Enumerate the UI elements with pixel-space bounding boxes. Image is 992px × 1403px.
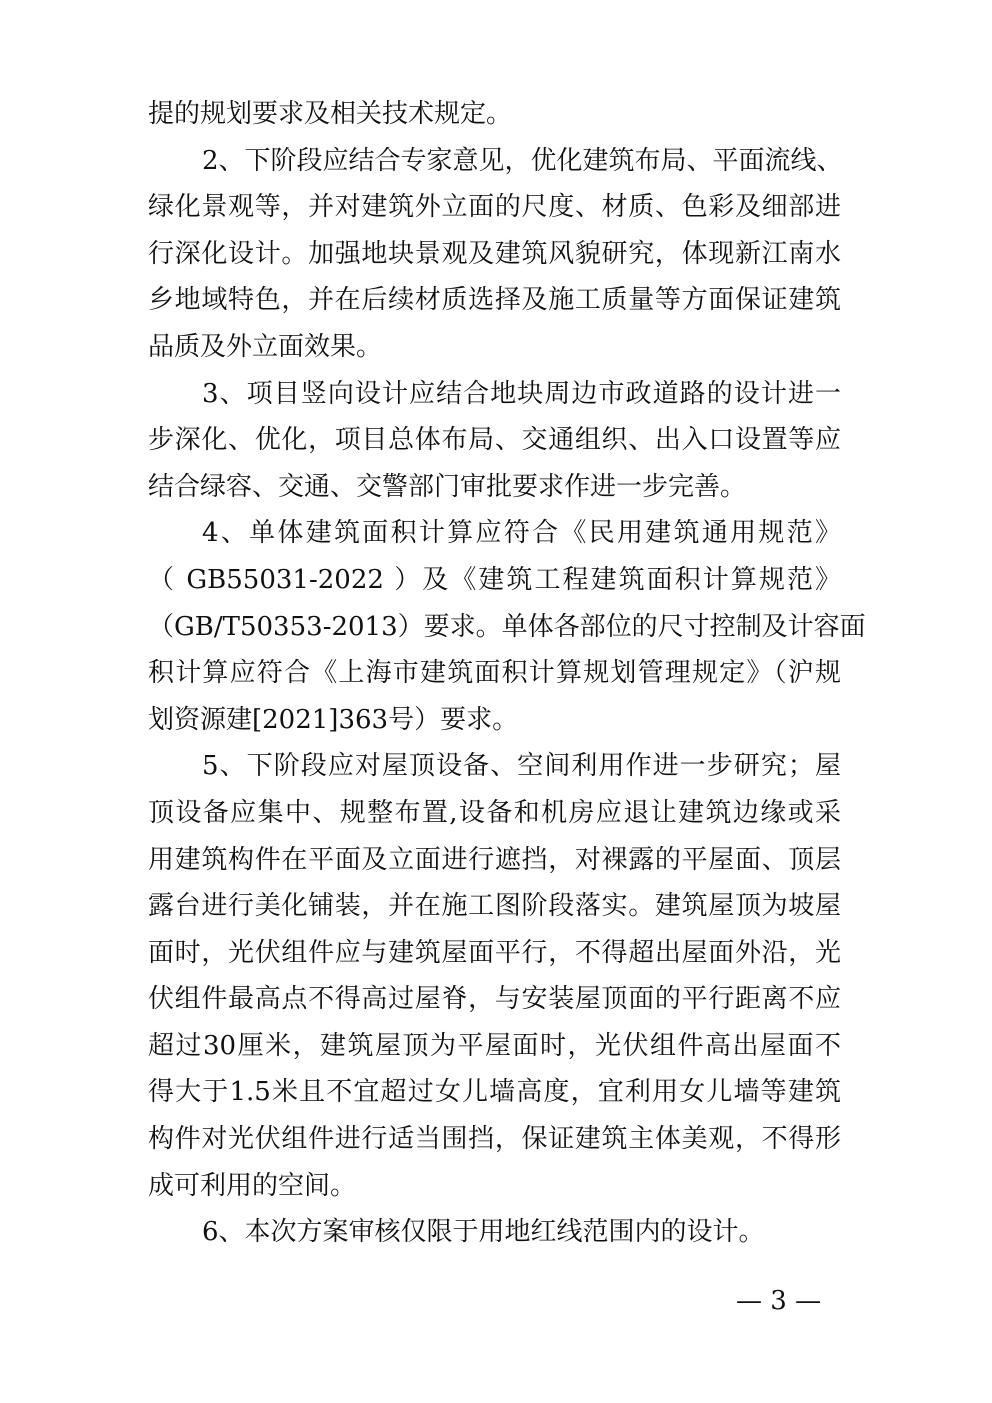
text-line: 伏组件最高点不得高过屋脊，与安装屋顶面的平行距离不应 — [148, 976, 841, 1023]
text-line: 成可利用的空间。 — [148, 1163, 841, 1210]
text-line: 得大于1.5米且不宜超过女儿墙高度，宜利用女儿墙等建筑 — [148, 1069, 841, 1116]
page-number: — 3 — — [736, 1286, 816, 1316]
text-line: 品质及外立面效果。 — [148, 324, 841, 371]
text-line: 顶设备应集中、规整布置,设备和机房应退让建筑边缘或采 — [148, 790, 841, 837]
text-line: 构件对光伏组件进行适当围挡，保证建筑主体美观，不得形 — [148, 1116, 841, 1163]
text-line: 4、单体建筑面积计算应符合《民用建筑通用规范》 — [148, 510, 841, 557]
text-line: 行深化设计。加强地块景观及建筑风貌研究，体现新江南水 — [148, 231, 841, 278]
text-line: 步深化、优化，项目总体布局、交通组织、出入口设置等应 — [148, 417, 841, 464]
paragraph-item-3: 3、项目竖向设计应结合地块周边市政道路的设计进一 步深化、优化，项目总体布局、交… — [148, 371, 841, 511]
text-line: 5、下阶段应对屋顶设备、空间利用作进一步研究；屋 — [148, 743, 841, 790]
paragraph-item-2: 2、下阶段应结合专家意见，优化建筑布局、平面流线、 绿化景观等，并对建筑外立面的… — [148, 138, 841, 371]
text-line: 积计算应符合《上海市建筑面积计算规划管理规定》（沪规 — [148, 650, 841, 697]
text-line: 露台进行美化铺装，并在施工图阶段落实。建筑屋顶为坡屋 — [148, 883, 841, 930]
paragraph-item-5: 5、下阶段应对屋顶设备、空间利用作进一步研究；屋 顶设备应集中、规整布置,设备和… — [148, 743, 841, 1209]
text-line: 超过30厘米，建筑屋顶为平屋面时，光伏组件高出屋面不 — [148, 1023, 841, 1070]
document-body: 提的规划要求及相关技术规定。 2、下阶段应结合专家意见，优化建筑布局、平面流线、… — [148, 91, 841, 1256]
text-line: 提的规划要求及相关技术规定。 — [148, 91, 841, 138]
text-line: 划资源建[2021]363号）要求。 — [148, 697, 841, 744]
text-line: 结合绿容、交通、交警部门审批要求作进一步完善。 — [148, 464, 841, 511]
text-line: 绿化景观等，并对建筑外立面的尺度、材质、色彩及细部进 — [148, 184, 841, 231]
paragraph-item-4: 4、单体建筑面积计算应符合《民用建筑通用规范》 （ GB55031-2022 ）… — [148, 510, 841, 743]
text-line: （GB/T50353-2013）要求。单体各部位的尺寸控制及计容面 — [148, 604, 841, 651]
text-line: 6、本次方案审核仅限于用地红线范围内的设计。 — [148, 1209, 841, 1256]
paragraph-item-6: 6、本次方案审核仅限于用地红线范围内的设计。 — [148, 1209, 841, 1256]
text-line: 2、下阶段应结合专家意见，优化建筑布局、平面流线、 — [148, 138, 841, 185]
document-page: 提的规划要求及相关技术规定。 2、下阶段应结合专家意见，优化建筑布局、平面流线、… — [0, 0, 992, 1403]
text-line: 3、项目竖向设计应结合地块周边市政道路的设计进一 — [148, 371, 841, 418]
paragraph-continuation: 提的规划要求及相关技术规定。 — [148, 91, 841, 138]
text-line: 用建筑构件在平面及立面进行遮挡，对裸露的平屋面、顶层 — [148, 837, 841, 884]
text-line: 面时，光伏组件应与建筑屋面平行，不得超出屋面外沿，光 — [148, 930, 841, 977]
text-line: 乡地域特色，并在后续材质选择及施工质量等方面保证建筑 — [148, 277, 841, 324]
text-line: （ GB55031-2022 ）及《建筑工程建筑面积计算规范》 — [148, 557, 841, 604]
